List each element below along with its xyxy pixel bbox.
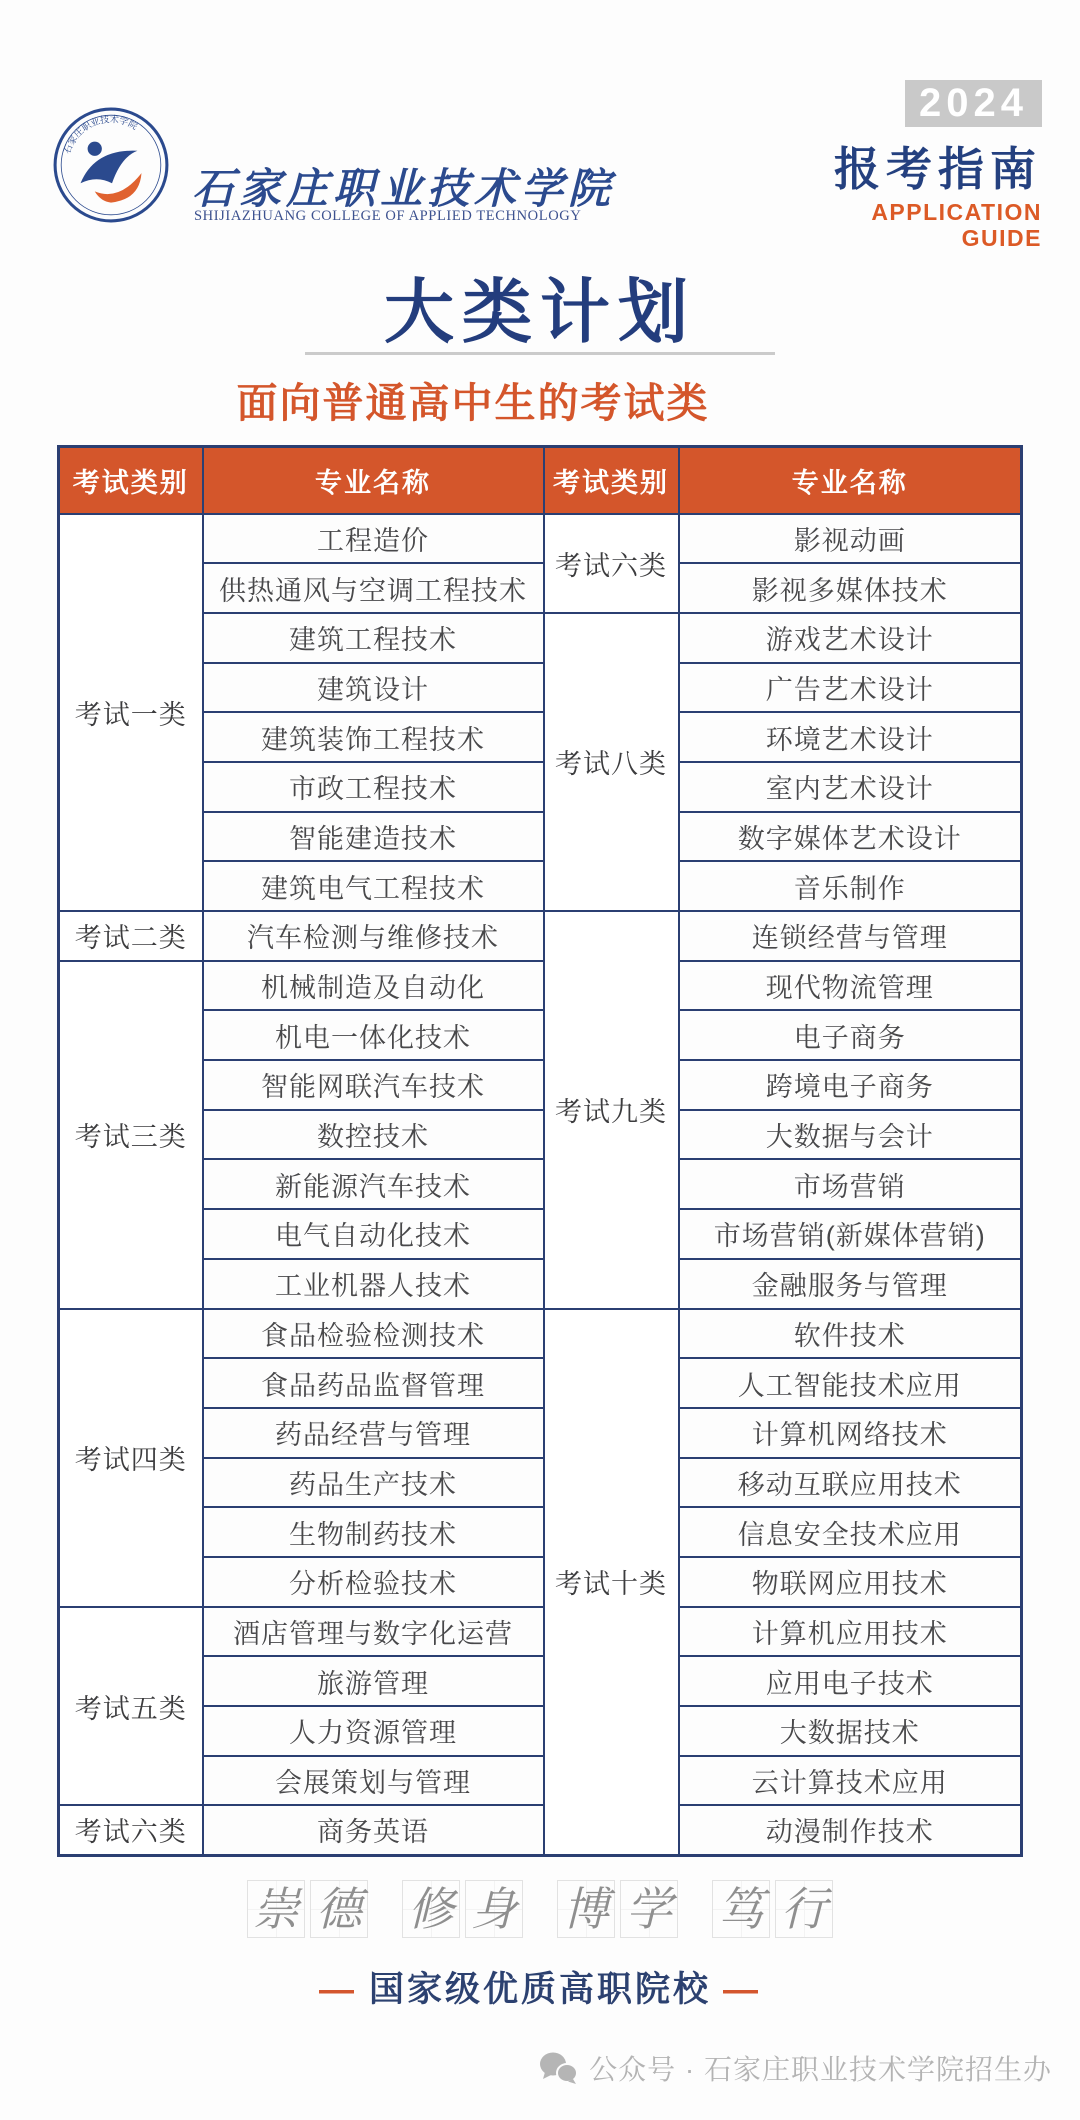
major-cell: 食品检验检测技术 (203, 1309, 544, 1359)
major-cell: 建筑装饰工程技术 (203, 712, 544, 762)
column-header-major-name-right: 专业名称 (679, 447, 1022, 514)
major-cell: 机电一体化技术 (203, 1010, 544, 1060)
major-cell: 云计算技术应用 (679, 1756, 1022, 1806)
major-cell: 影视多媒体技术 (679, 563, 1022, 613)
table-row: 智能网联汽车技术跨境电子商务 (59, 1060, 1022, 1110)
major-cell: 酒店管理与数字化运营 (203, 1607, 544, 1657)
table-row: 建筑电气工程技术音乐制作 (59, 861, 1022, 911)
exam-category-cell: 考试六类 (544, 514, 679, 613)
major-cell: 市政工程技术 (203, 762, 544, 812)
table-row: 新能源汽车技术市场营销 (59, 1159, 1022, 1209)
major-cell: 动漫制作技术 (679, 1805, 1022, 1855)
major-cell: 音乐制作 (679, 861, 1022, 911)
major-cell: 广告艺术设计 (679, 663, 1022, 713)
major-cell: 电气自动化技术 (203, 1209, 544, 1259)
major-cell: 旅游管理 (203, 1656, 544, 1706)
major-cell: 市场营销(新媒体营销) (679, 1209, 1022, 1259)
major-cell: 供热通风与空调工程技术 (203, 563, 544, 613)
major-cell: 建筑电气工程技术 (203, 861, 544, 911)
table-row: 会展策划与管理云计算技术应用 (59, 1756, 1022, 1806)
table-row: 考试三类机械制造及自动化现代物流管理 (59, 961, 1022, 1011)
motto-char: 修 (402, 1880, 460, 1938)
subtitle: 面向普通高中生的考试类 (0, 370, 946, 429)
major-cell: 智能网联汽车技术 (203, 1060, 544, 1110)
major-plan-table: 考试类别 专业名称 考试类别 专业名称 考试一类工程造价考试六类影视动画供热通风… (57, 445, 1023, 1857)
motto-word: 笃行 (712, 1880, 833, 1938)
exam-category-cell: 考试四类 (59, 1309, 203, 1607)
major-cell: 工程造价 (203, 514, 544, 564)
exam-category-cell: 考试五类 (59, 1607, 203, 1806)
year-badge: 2024 (905, 80, 1042, 127)
table-row: 食品药品监督管理人工智能技术应用 (59, 1358, 1022, 1408)
major-cell: 人工智能技术应用 (679, 1358, 1022, 1408)
motto-word: 修身 (402, 1880, 523, 1938)
table-row: 建筑装饰工程技术环境艺术设计 (59, 712, 1022, 762)
major-cell: 应用电子技术 (679, 1656, 1022, 1706)
wechat-icon (539, 2051, 579, 2085)
major-cell: 药品经营与管理 (203, 1408, 544, 1458)
column-header-exam-category-right: 考试类别 (544, 447, 679, 514)
footer: 公众号 · 石家庄职业技术学院招生办 (539, 2048, 1052, 2088)
major-cell: 影视动画 (679, 514, 1022, 564)
exam-category-cell: 考试六类 (59, 1805, 203, 1855)
motto-char: 笃 (712, 1880, 770, 1938)
guide-title-en-line2: GUIDE (834, 225, 1042, 251)
major-cell: 信息安全技术应用 (679, 1507, 1022, 1557)
table-row: 考试六类商务英语动漫制作技术 (59, 1805, 1022, 1855)
table-row: 考试一类工程造价考试六类影视动画 (59, 514, 1022, 564)
major-cell: 大数据技术 (679, 1706, 1022, 1756)
table-row: 电气自动化技术市场营销(新媒体营销) (59, 1209, 1022, 1259)
exam-category-cell: 考试二类 (59, 911, 203, 961)
banner-dash-right: — (723, 1970, 761, 2009)
table-row: 工业机器人技术金融服务与管理 (59, 1259, 1022, 1309)
motto-word: 崇德 (247, 1880, 368, 1938)
major-cell: 商务英语 (203, 1805, 544, 1855)
major-cell: 汽车检测与维修技术 (203, 911, 544, 961)
exam-category-cell: 考试八类 (544, 613, 679, 911)
poster-page: 石家庄职业技术学院 石家庄职业技术学院 SHIJIAZHUANG COLLEGE… (0, 0, 1080, 2120)
major-cell: 建筑设计 (203, 663, 544, 713)
table-row: 供热通风与空调工程技术影视多媒体技术 (59, 563, 1022, 613)
motto-word: 博学 (557, 1880, 678, 1938)
motto-char: 崇 (247, 1880, 305, 1938)
major-cell: 新能源汽车技术 (203, 1159, 544, 1209)
table-row: 智能建造技术数字媒体艺术设计 (59, 812, 1022, 862)
major-cell: 食品药品监督管理 (203, 1358, 544, 1408)
table-row: 建筑工程技术考试八类游戏艺术设计 (59, 613, 1022, 663)
exam-category-cell: 考试十类 (544, 1309, 679, 1856)
table-row: 考试四类食品检验检测技术考试十类软件技术 (59, 1309, 1022, 1359)
major-cell: 室内艺术设计 (679, 762, 1022, 812)
major-cell: 药品生产技术 (203, 1458, 544, 1508)
major-cell: 物联网应用技术 (679, 1557, 1022, 1607)
table-row: 人力资源管理大数据技术 (59, 1706, 1022, 1756)
motto-char: 博 (557, 1880, 615, 1938)
major-cell: 游戏艺术设计 (679, 613, 1022, 663)
major-cell: 跨境电子商务 (679, 1060, 1022, 1110)
table-row: 分析检验技术物联网应用技术 (59, 1557, 1022, 1607)
major-cell: 市场营销 (679, 1159, 1022, 1209)
major-cell: 电子商务 (679, 1010, 1022, 1060)
major-cell: 分析检验技术 (203, 1557, 544, 1607)
motto-char: 身 (465, 1880, 523, 1938)
table-row: 机电一体化技术电子商务 (59, 1010, 1022, 1060)
motto-char: 行 (775, 1880, 833, 1938)
table-row: 数控技术大数据与会计 (59, 1110, 1022, 1160)
table-row: 生物制药技术信息安全技术应用 (59, 1507, 1022, 1557)
title-divider (305, 352, 775, 355)
column-header-major-name-left: 专业名称 (203, 447, 544, 514)
major-cell: 连锁经营与管理 (679, 911, 1022, 961)
major-cell: 计算机应用技术 (679, 1607, 1022, 1657)
guide-title-zh: 报考指南 (834, 133, 1042, 199)
table-row: 考试五类酒店管理与数字化运营计算机应用技术 (59, 1607, 1022, 1657)
college-name-zh: 石家庄职业技术学院 (192, 156, 592, 216)
banner: —国家级优质高职院校— (0, 1962, 1080, 2012)
banner-dash-left: — (319, 1970, 357, 2009)
exam-category-cell: 考试一类 (59, 514, 203, 912)
table-row: 市政工程技术室内艺术设计 (59, 762, 1022, 812)
motto-row: 崇德修身博学笃行 (0, 1880, 1080, 1938)
exam-category-cell: 考试三类 (59, 961, 203, 1309)
motto-char: 德 (310, 1880, 368, 1938)
major-cell: 环境艺术设计 (679, 712, 1022, 762)
major-cell: 机械制造及自动化 (203, 961, 544, 1011)
banner-text: 国家级优质高职院校 (369, 1970, 711, 2009)
college-logo-icon: 石家庄职业技术学院 (50, 104, 172, 226)
college-name-en: SHIJIAZHUANG COLLEGE OF APPLIED TECHNOLO… (194, 208, 614, 225)
motto-char: 学 (620, 1880, 678, 1938)
major-cell: 智能建造技术 (203, 812, 544, 862)
guide-block: 2024 报考指南 APPLICATION GUIDE (834, 80, 1042, 252)
major-cell: 金融服务与管理 (679, 1259, 1022, 1309)
major-cell: 大数据与会计 (679, 1110, 1022, 1160)
table-row: 药品经营与管理计算机网络技术 (59, 1408, 1022, 1458)
table-row: 考试二类汽车检测与维修技术考试九类连锁经营与管理 (59, 911, 1022, 961)
major-cell: 会展策划与管理 (203, 1756, 544, 1806)
table-row: 旅游管理应用电子技术 (59, 1656, 1022, 1706)
major-cell: 软件技术 (679, 1309, 1022, 1359)
table-header-row: 考试类别 专业名称 考试类别 专业名称 (59, 447, 1022, 514)
major-cell: 工业机器人技术 (203, 1259, 544, 1309)
major-cell: 数控技术 (203, 1110, 544, 1160)
exam-category-cell: 考试九类 (544, 911, 679, 1309)
column-header-exam-category-left: 考试类别 (59, 447, 203, 514)
footer-account-label: 公众号 · 石家庄职业技术学院招生办 (589, 2048, 1052, 2088)
major-cell: 建筑工程技术 (203, 613, 544, 663)
major-cell: 生物制药技术 (203, 1507, 544, 1557)
page-title: 大类计划 (0, 256, 1080, 357)
major-cell: 移动互联应用技术 (679, 1458, 1022, 1508)
major-cell: 现代物流管理 (679, 961, 1022, 1011)
table-row: 建筑设计广告艺术设计 (59, 663, 1022, 713)
table-row: 药品生产技术移动互联应用技术 (59, 1458, 1022, 1508)
guide-title-en-line1: APPLICATION (834, 199, 1042, 225)
major-cell: 计算机网络技术 (679, 1408, 1022, 1458)
major-cell: 人力资源管理 (203, 1706, 544, 1756)
major-cell: 数字媒体艺术设计 (679, 812, 1022, 862)
